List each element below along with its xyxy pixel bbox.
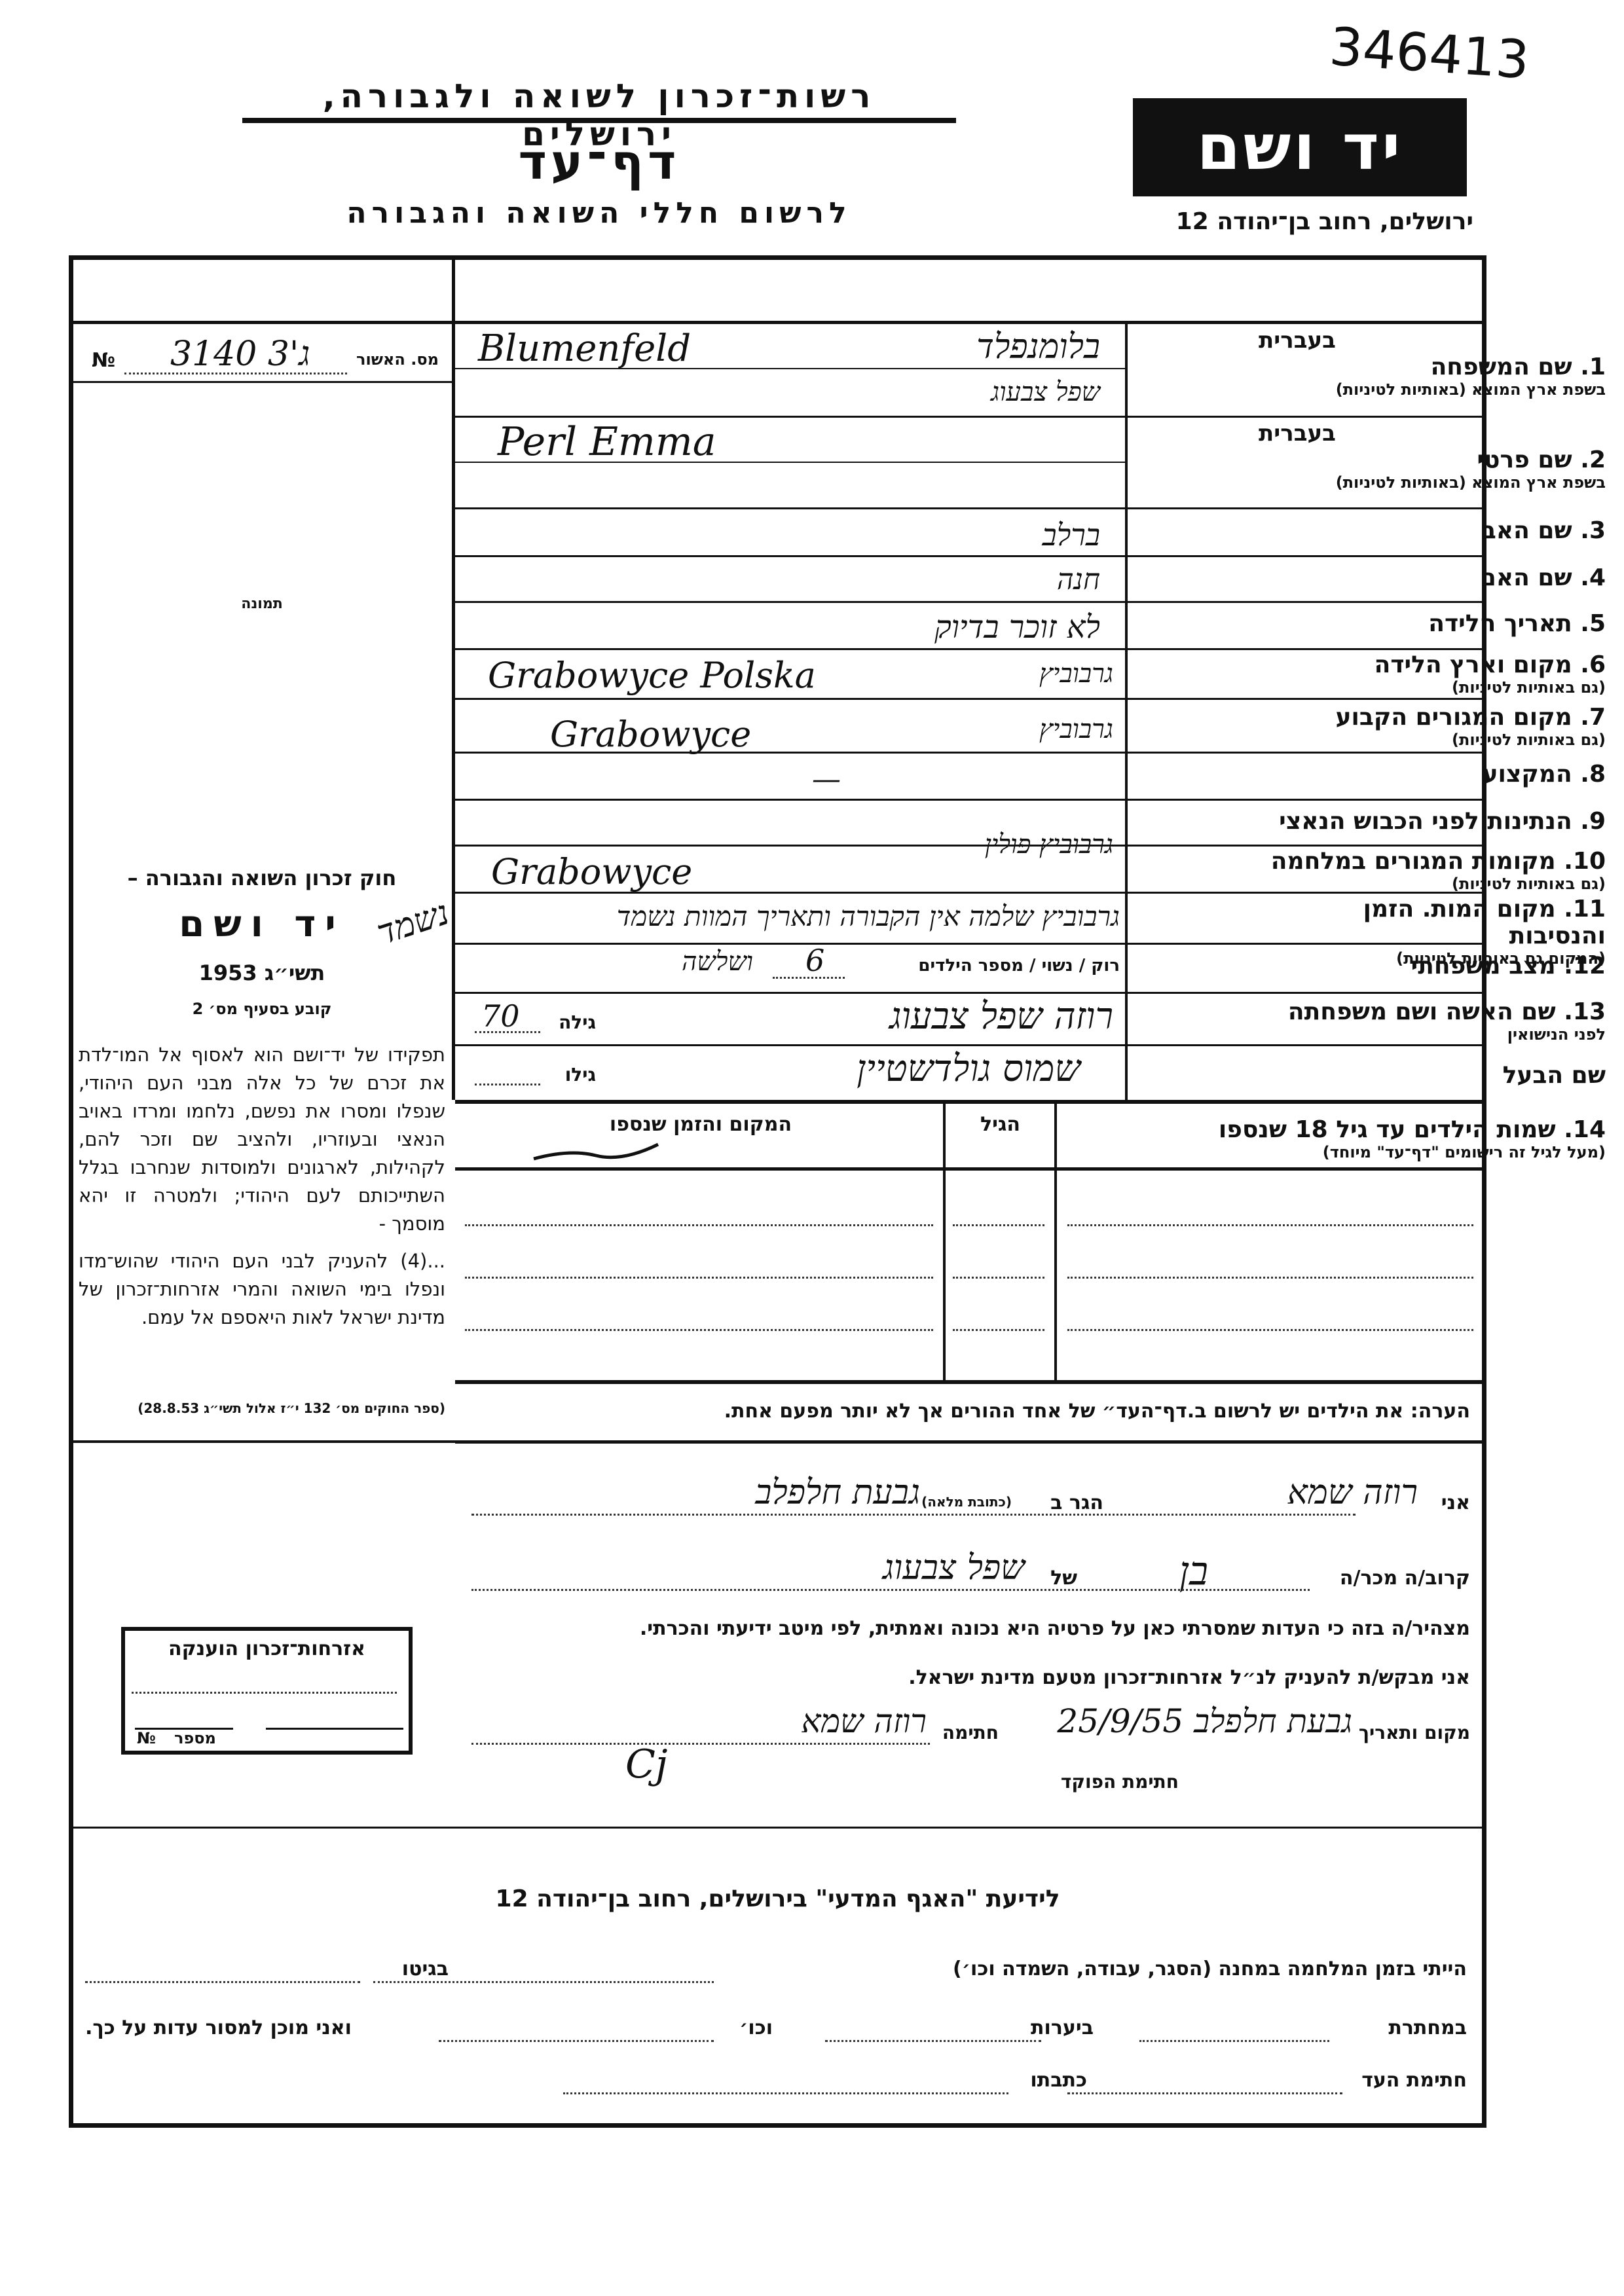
field-9-label: 9. הנתינות לפני הכבוש הנאצי — [1252, 808, 1606, 835]
field-1-label: בעברית 1. שם המשפחה בשפת ארץ המוצא (באות… — [1259, 327, 1606, 399]
declarant-name-value[interactable]: רוזה שמא — [1287, 1473, 1418, 1512]
field-label: מקום המגורים הקבוע — [1336, 704, 1572, 731]
husband-age-line — [475, 1084, 540, 1085]
field-label: תאריך הלידה — [1428, 610, 1572, 637]
children-note: הערה: את הילדים יש לרשום ב.דף־העד״ של אח… — [458, 1400, 1470, 1423]
sidebar-bottom-rule — [69, 1440, 455, 1443]
address-hint: (כתובת מלאה) — [921, 1494, 1012, 1510]
field-label: שמות הילדים עד גיל 18 שנספו — [1219, 1116, 1556, 1143]
citizenship-box-line-2b — [266, 1728, 403, 1730]
children-bottom-rule — [455, 1380, 1486, 1384]
field-4-label: 4. שם האם — [1259, 564, 1606, 591]
citizenship-box-line-1[interactable] — [132, 1692, 397, 1694]
field-number: 14. — [1564, 1116, 1606, 1143]
left-column-divider — [452, 255, 455, 1100]
field-label: מקום וארץ הלידה — [1375, 651, 1572, 678]
field-number: 6. — [1580, 651, 1606, 678]
field-label: שם האם — [1480, 564, 1572, 591]
field-sublabel: לפני הנישואין — [1259, 1025, 1606, 1044]
photo-label: תמונה — [72, 596, 452, 612]
etc-label: וכו׳ — [739, 2016, 773, 2039]
note-label: הערה: — [1411, 1400, 1470, 1423]
husband-age-label: גילו — [452, 1064, 596, 1085]
note-text: את הילדים יש לרשום ב.דף־העד״ של אחד ההור… — [724, 1400, 1404, 1423]
forests-line[interactable] — [825, 2040, 1041, 2042]
field-number: 2. — [1580, 446, 1606, 473]
signature-value[interactable]: רוזה שמא — [801, 1702, 927, 1740]
camp-line[interactable] — [373, 1981, 714, 1983]
field-number: 5. — [1580, 610, 1606, 637]
approval-number-value: 3140 ג'3 — [170, 335, 310, 374]
children-label: 14. שמות הילדים עד גיל 18 שנספו (מעל לגי… — [1187, 1116, 1606, 1161]
testimony-statement: ואני מוכן למסור עדות על כך. — [85, 2016, 352, 2039]
field-6-label: 6. מקום וארץ הלידה (גם באותיות לטיניות) — [1259, 651, 1606, 697]
row-sep-8 — [455, 799, 1486, 801]
children-age-line-2[interactable] — [953, 1277, 1044, 1279]
husband-name-value[interactable]: שמוס גולדשטיין — [655, 1048, 1080, 1090]
children-count-value[interactable]: 6 — [805, 943, 824, 978]
children-col-age: הגיל — [946, 1113, 1054, 1136]
witness-signature-label: חתימת העד — [1361, 2069, 1467, 2092]
row-sep-13 — [455, 1044, 1486, 1046]
field-number: 8. — [1580, 761, 1606, 788]
field-sublabel: (גם באותיות לטיניות) — [1259, 875, 1606, 893]
field-label: שם פרטי — [1477, 446, 1572, 473]
hebrew-tag: בעברית — [1259, 327, 1606, 354]
law-section: קובע בסעיף מס׳ 2 — [79, 995, 445, 1023]
wife-age-label: גילה — [452, 1011, 596, 1033]
mother-name-value[interactable]: חנה — [773, 563, 1100, 596]
birth-date-value[interactable]: לא זוכר בדיוק — [655, 609, 1100, 646]
approval-line — [124, 373, 347, 374]
camp-label: הייתי בזמן המלחמה במחנה (הסגר, עבודה, הש… — [953, 1958, 1467, 1980]
wife-name-value[interactable]: רוזה שפל צבעוג — [688, 995, 1113, 1038]
children-age-line-3[interactable] — [953, 1329, 1044, 1331]
ghetto-label: בגיטו — [402, 1958, 449, 1980]
field-number: 7. — [1580, 704, 1606, 731]
field-3-label: 3. שם האב — [1259, 517, 1606, 544]
surname-hebrew-value-2[interactable]: שפל צבעוג — [838, 376, 1100, 407]
wartime-residence-hebrew-value[interactable]: גרבוביץ פולין — [917, 828, 1113, 861]
logo-text: יד ושם — [1184, 111, 1416, 184]
declaration-statement-1: מצהיר/ה בזה כי העדות שמסרתי כאן על פרטיה… — [458, 1617, 1470, 1640]
row-sep-5 — [455, 648, 1486, 650]
number-symbol: № — [92, 349, 115, 372]
etc-line[interactable] — [439, 2040, 714, 2042]
row-sep-1 — [455, 416, 1486, 418]
field-label: שם האשה ושם משפחתה — [1288, 998, 1556, 1025]
children-row-line-3[interactable] — [1067, 1329, 1473, 1331]
field-number: 1. — [1580, 354, 1606, 380]
row-sep-3 — [455, 555, 1486, 557]
forests-label: ביערות — [1031, 2016, 1094, 2039]
surname-latin-value[interactable]: Blumenfeld — [478, 327, 691, 370]
label-column-divider — [1125, 321, 1128, 1100]
underground-label: במחתרת — [1388, 2016, 1467, 2039]
field-13-label: 13. שם האשה ושם משפחתה לפני הנישואין — [1259, 998, 1606, 1044]
i-label: אני — [1441, 1491, 1470, 1514]
signature-line — [471, 1743, 930, 1745]
given-name-latin-value[interactable]: Perl Emma — [498, 419, 716, 465]
surname-hebrew-value[interactable]: בלומנפלד — [838, 327, 1100, 367]
file-number-handwritten: 346413 — [1327, 16, 1531, 90]
yad-vashem-logo: יד ושם — [1133, 98, 1467, 196]
field-7-label: 7. מקום המגורים הקבוע (גם באותיות לטיניו… — [1259, 704, 1606, 749]
law-year: תשי״ג 1953 — [79, 959, 445, 987]
declaration-statement-2: אני מבקש/ת להעניק לנ״ל אזרחות־זכרון מטעם… — [458, 1666, 1470, 1689]
relative-label: קרוב/ה מכר/ה — [1340, 1567, 1470, 1590]
children-col-divider-1 — [1054, 1104, 1057, 1382]
approval-label: מס. האשור — [356, 350, 439, 369]
birth-place-hebrew-value[interactable]: גרבוביץ — [917, 658, 1113, 689]
declaration-line-1: אני רוזה שמא הגר ב (כתובת מלאה) גבעת חלפ… — [458, 1480, 1470, 1525]
law-title: חוק זכרון השואה והגבורה – — [79, 864, 445, 892]
place-date-label: מקום ותאריך — [1359, 1722, 1470, 1743]
relative-line — [471, 1589, 1310, 1591]
of-label: של — [1050, 1567, 1077, 1590]
field-sublabel: בשפת ארץ המוצא (באותיות לטיניות) — [1259, 473, 1606, 492]
field-sublabel: (גם באותיות לטיניות) — [1259, 678, 1606, 697]
resides-label: הגר ב — [1050, 1491, 1103, 1514]
field-sublabel: (גם באותיות לטיניות) — [1259, 731, 1606, 749]
field-8-label: 8. המקצוע — [1259, 761, 1606, 788]
officer-signature-mark: Cj — [625, 1741, 668, 1787]
citizenship-number-symbol: № — [137, 1729, 156, 1747]
field-label: שם המשפחה — [1431, 354, 1572, 380]
approval-rule — [72, 381, 452, 383]
row-sep-6 — [455, 698, 1486, 700]
children-row-line-1[interactable] — [1067, 1224, 1473, 1226]
row-sep-14 — [455, 1100, 1486, 1104]
marital-status-inline-label: רוק / נשוי / מספר הילדים — [786, 956, 1120, 975]
top-rule — [69, 321, 1486, 324]
field-label: שם האב — [1482, 517, 1572, 544]
citizenship-box-title: אזרחות־זכרון הוענקה — [125, 1637, 409, 1660]
field-label: הנתינות לפני הכבוש הנאצי — [1279, 808, 1572, 835]
husband-name-label: שם הבעל — [1259, 1062, 1606, 1089]
declaration-line-sign: מקום ותאריך גבעת חלפלב 25/9/55 חתימה רוז… — [458, 1709, 1470, 1755]
field-2-label: בעברית 2. שם פרטי בשפת ארץ המוצא (באותיו… — [1259, 420, 1606, 492]
wartime-residence-latin-value[interactable]: Grabowyce — [491, 851, 692, 892]
form-subtitle: לרשום חללי השואה והגבורה — [242, 196, 956, 230]
children-age-line-1[interactable] — [953, 1224, 1044, 1226]
field-number: 9. — [1580, 808, 1606, 835]
relation-value[interactable]: בן — [1179, 1548, 1208, 1594]
field-5-label: 5. תאריך הלידה — [1259, 610, 1606, 637]
citizenship-number-label: מספר — [174, 1729, 216, 1747]
declaration-line-2: קרוב/ה מכר/ה בן של שפל צבעוג — [458, 1555, 1470, 1601]
row-sep-12 — [455, 992, 1486, 994]
witness-signature-line[interactable] — [1067, 2092, 1342, 2094]
note-bottom-rule — [455, 1440, 1486, 1444]
underground-line[interactable] — [1139, 2040, 1329, 2042]
children-dash-mark — [530, 1139, 661, 1165]
footer-title: לידיעת "האגף המדעי" בירושלים, רחוב בן־יה… — [69, 1886, 1486, 1912]
wife-age-line — [475, 1031, 540, 1033]
ghetto-line[interactable] — [85, 1981, 360, 1983]
residence-hebrew-value[interactable]: גרבוביץ — [917, 714, 1113, 744]
footer-top-rule — [69, 1827, 1486, 1829]
officer-signature-label: חתימת הפוקד — [458, 1771, 1179, 1793]
declarant-line — [471, 1514, 1356, 1516]
footer-line-3: חתימת העד כתבתו — [85, 2069, 1467, 2102]
profession-value[interactable]: — — [812, 763, 841, 796]
children-count-line — [773, 977, 845, 979]
header-rule — [242, 118, 956, 123]
address-value[interactable]: גבעת חלפלב — [755, 1473, 920, 1512]
approval-number-field[interactable]: № 3140 ג'3 מס. האשור — [92, 344, 439, 376]
footer-line-1: הייתי בזמן המלחמה במחנה (הסגר, עבודה, הש… — [85, 1958, 1467, 1990]
children-col-divider-2 — [943, 1104, 946, 1382]
field-number: 10. — [1564, 848, 1606, 875]
field-label: מצב משפחתי — [1411, 953, 1556, 979]
row-sep-4 — [455, 601, 1486, 603]
children-place-line-3[interactable] — [465, 1329, 933, 1331]
father-name-value[interactable]: ברלב — [773, 517, 1100, 553]
law-paragraph-2: ...(4) להעניק לבני העם היהודי שהוש־מדו ו… — [79, 1247, 445, 1332]
row-sep-2 — [455, 507, 1486, 509]
field-number: 3. — [1580, 517, 1606, 544]
field-sublabel: בשפת ארץ המוצא (באותיות לטיניות) — [1259, 380, 1606, 399]
hebrew-tag: בעברית — [1259, 420, 1606, 446]
children-place-line-1[interactable] — [465, 1224, 933, 1226]
marital-status-value[interactable]: ושלשה — [622, 946, 753, 977]
law-paragraph-1: תפקידו של יד־ושם הוא לאסוף אל המו־לדת את… — [79, 1041, 445, 1238]
field-10-label: 10. מקומות המגורים במלחמה (גם באותיות לט… — [1259, 848, 1606, 893]
birth-place-latin-value[interactable]: Grabowyce Polska — [488, 655, 816, 696]
form-title: דף־עד — [242, 134, 956, 191]
field-sublabel: (מעל לגיל זה רישומים "דף־עד" מיוחד) — [1187, 1143, 1606, 1161]
field-label: מקומות המגורים במלחמה — [1271, 848, 1556, 875]
wife-age-value[interactable]: 70 — [481, 998, 520, 1034]
citizenship-box: אזרחות־זכרון הוענקה № מספר — [121, 1627, 413, 1755]
residence-latin-value[interactable]: Grabowyce — [550, 714, 751, 755]
children-row-line-2[interactable] — [1067, 1277, 1473, 1279]
footer-line-2: במחתרת ביערות וכו׳ ואני מוכן למסור עדות … — [85, 2016, 1467, 2049]
field-number: 13. — [1564, 998, 1606, 1025]
field-12-label: 12. מצב משפחתי — [1259, 953, 1606, 979]
children-place-line-2[interactable] — [465, 1277, 933, 1279]
death-place-value[interactable]: גרבוביץ שלמה אין הקבורה ותאריך המוות נשמ… — [426, 900, 1120, 933]
field-label: המקצוע — [1483, 761, 1572, 788]
children-header-rule — [455, 1167, 1486, 1171]
children-col-place-time: המקום והזמן שנספו — [458, 1113, 943, 1136]
field-number: 11. — [1564, 896, 1606, 922]
of-value[interactable]: שפל צבעוג — [883, 1548, 1025, 1588]
field-number: 4. — [1580, 564, 1606, 591]
place-date-value[interactable]: גבעת חלפלב 25/9/55 — [1057, 1702, 1352, 1740]
address-label: כתבתו — [1030, 2069, 1087, 2092]
signature-label: חתימה — [942, 1722, 999, 1743]
field-number: 12. — [1564, 953, 1606, 979]
law-citation: (ספר החוקים מס׳ 132 י״ז אלול תשי״ג 28.8.… — [79, 1394, 445, 1422]
witness-address-line[interactable] — [563, 2092, 1008, 2094]
logo-address: ירושלים, רחוב בן־יהודה 12 — [1126, 208, 1473, 235]
field-label: שם הבעל — [1503, 1062, 1606, 1089]
